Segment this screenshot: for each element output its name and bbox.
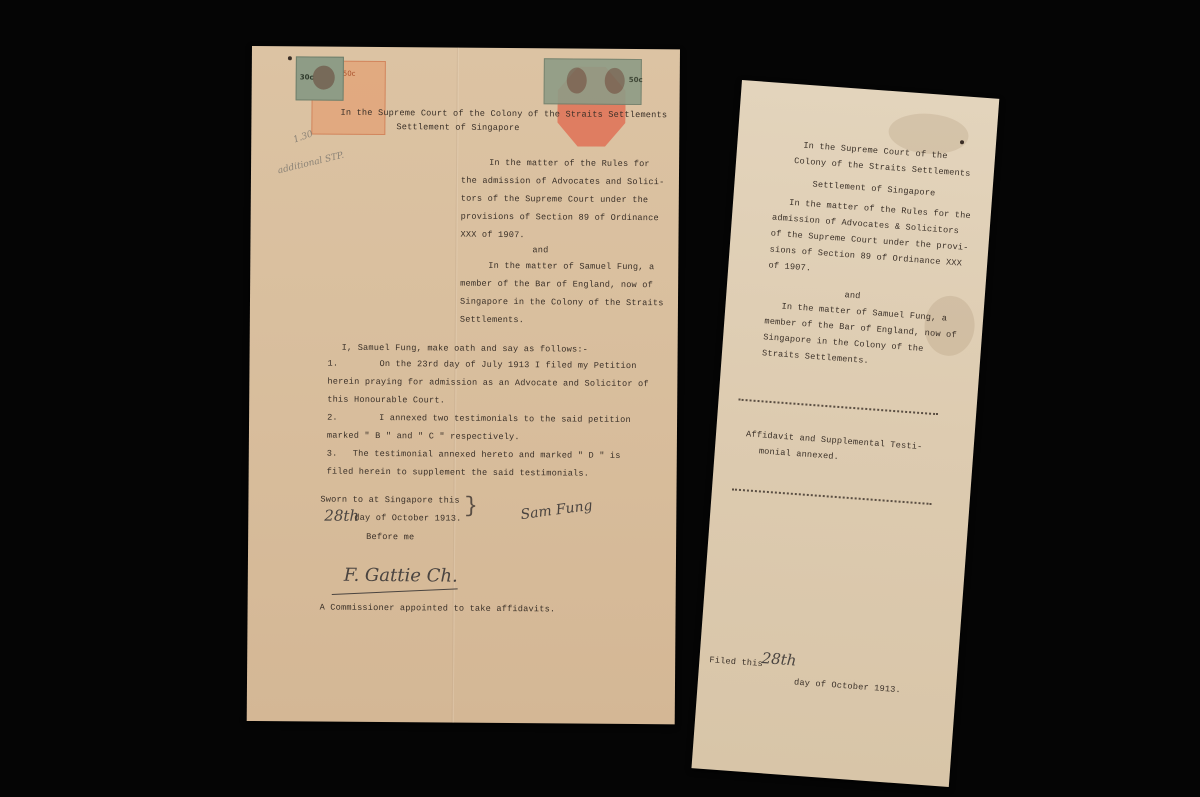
portrait-icon [567, 67, 587, 93]
before-me-label: Before me [366, 532, 414, 542]
signature-underline [332, 588, 458, 595]
backsheet-title: monial annexed. [758, 446, 839, 462]
commissioner-label: A Commissioner appointed to take affidav… [320, 603, 556, 615]
paragraph-number: 1. [327, 359, 338, 369]
backsheet-heading: Settlement of Singapore [812, 179, 936, 198]
pencil-note-additional: additional STP. [277, 151, 345, 177]
paragraph-line: this Honourable Court. [327, 395, 445, 406]
matter-rules-line: In the matter of the Rules for [489, 158, 650, 169]
paragraph-line: filed herein to supplement the said test… [327, 467, 590, 479]
dotted-divider [739, 399, 939, 416]
matter-rules-line: XXX of 1907. [460, 230, 524, 241]
commissioner-signature: F. Gattie Ch. [344, 565, 458, 587]
paper-stain [922, 294, 976, 358]
pencil-note-fee: 1.30 [292, 129, 314, 145]
paragraph-line: marked " B " and " C " respectively. [327, 431, 520, 443]
dotted-divider [732, 488, 932, 505]
and-label: and [532, 245, 548, 255]
matter-rules-line: the admission of Advocates and Solici- [461, 176, 665, 188]
backsheet-matter-line: of 1907. [768, 260, 811, 273]
paragraph-line: herein praying for admission as an Advoc… [327, 377, 649, 390]
matter-rules-line: provisions of Section 89 of Ordinance [461, 212, 659, 224]
paragraph-line: The testimonial annexed hereto and marke… [353, 449, 621, 461]
revenue-stamp-30c: 30c [296, 56, 344, 100]
backsheet-document: In the Supreme Court of the Colony of th… [691, 80, 999, 787]
portrait-icon [605, 68, 625, 94]
paragraph-number: 2. [327, 413, 338, 423]
revenue-stamp-pair: 50c [544, 58, 642, 105]
matter-rules-line: tors of the Supreme Court under the [461, 194, 649, 205]
paragraph-line: On the 23rd day of July 1913 I filed my … [379, 359, 636, 371]
paragraph-line: I annexed two testimonials to the said p… [379, 413, 631, 425]
filed-label: Filed this [709, 655, 763, 669]
matter-applicant-line: member of the Bar of England, now of [460, 279, 653, 291]
bracket: } [464, 494, 478, 519]
oath-intro: I, Samuel Fung, make oath and say as fol… [342, 343, 589, 355]
deponent-signature: Sam Fung [520, 498, 594, 523]
affidavit-document: 50c 30c 50c 1.30 additional STP. In the … [247, 46, 680, 724]
portrait-icon [313, 65, 335, 89]
jurat-line-2: day of October 1913. [354, 513, 461, 524]
paragraph-number: 3. [327, 449, 338, 459]
court-heading: In the Supreme Court of the Colony of th… [340, 108, 667, 121]
matter-applicant-line: In the matter of Samuel Fung, a [488, 261, 654, 272]
matter-applicant-line: Singapore in the Colony of the Straits [460, 297, 664, 309]
backsheet-matter-line: Straits Settlements. [762, 348, 870, 366]
jurat-line-1: Sworn to at Singapore this [320, 495, 459, 506]
matter-applicant-line: Settlements. [460, 315, 524, 326]
settlement-heading: Settlement of Singapore [396, 122, 519, 133]
and-label: and [844, 290, 861, 301]
punch-hole [288, 56, 292, 60]
handwritten-filed-day: 28th [761, 649, 797, 669]
filed-date: day of October 1913. [794, 677, 902, 695]
